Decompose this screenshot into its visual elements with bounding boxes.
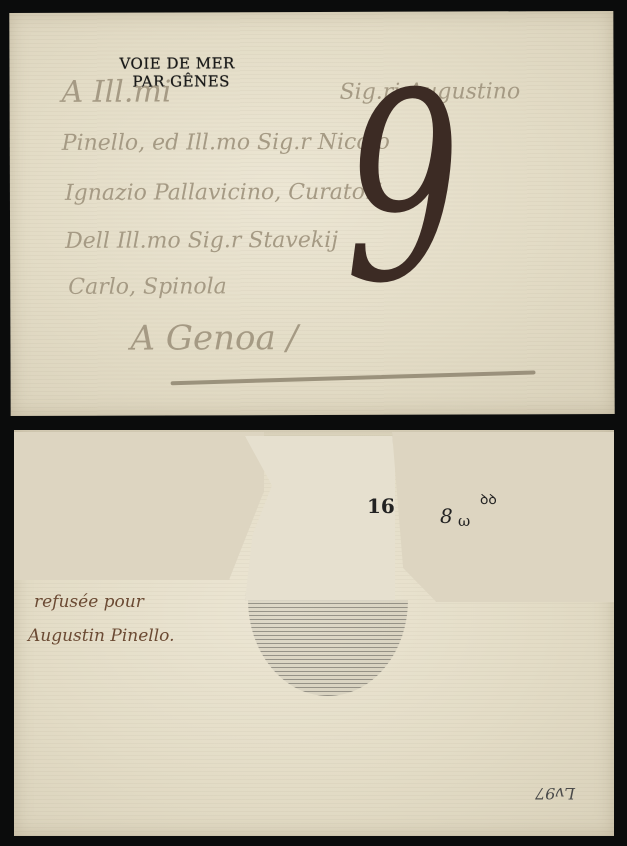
laid-paper-texture — [9, 11, 614, 416]
annotation-addressee: Augustin Pinello. — [28, 626, 175, 646]
address-line-5: Dell Ill.mo Sig.r Stavekij — [65, 228, 338, 254]
flourish-underline — [171, 370, 536, 385]
center-fold-flap — [245, 436, 395, 601]
transit-marking-small: ꝺꝺ — [480, 490, 497, 509]
transit-marking-8: 8 — [440, 504, 453, 528]
rate-marking: 9 — [344, 59, 461, 319]
left-fold-flap — [14, 432, 264, 580]
letter-front: VOIE DE MER PAR GÊNES A Ill.mi Sig.ri Au… — [9, 11, 614, 416]
address-line-7: A Genoa / — [130, 318, 298, 359]
address-line-3: Pinello, ed Ill.mo Sig.r Nicolo — [62, 130, 390, 156]
address-line-6: Carlo, Spinola — [68, 274, 227, 300]
address-line-1: A Ill.mi — [62, 74, 172, 109]
transit-marking-16: 16 — [367, 494, 395, 518]
address-line-4: Ignazio Pallavicino, Curatori — [65, 180, 383, 206]
pencil-note: Lv97 — [535, 784, 575, 803]
annotation-refused: refusée pour — [34, 592, 144, 612]
transit-marking-omega: ω — [458, 512, 470, 530]
postal-stamp-line1: VOIE DE MER — [119, 54, 234, 72]
right-fold-flap — [392, 432, 614, 602]
